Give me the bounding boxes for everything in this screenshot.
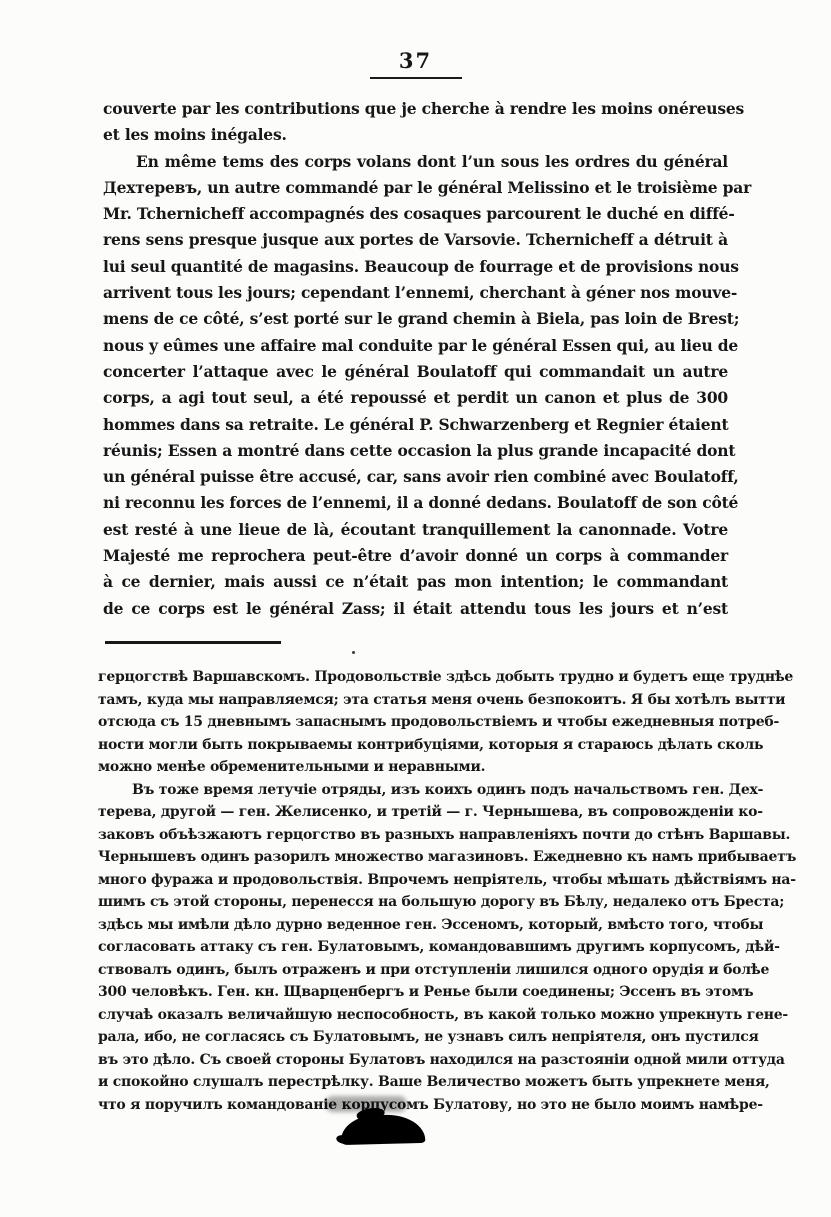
ink-speck [352, 651, 355, 654]
main-text-block: couverte par les contributions que je ch… [103, 96, 728, 622]
text-line: и спокойно слушалъ перестрѣлку. Ваше Вел… [98, 1071, 728, 1094]
text-line: герцогствѣ Варшавскомъ. Продовольствіе з… [98, 666, 728, 689]
text-line: въ это дѣло. Съ своей стороны Булатовъ н… [98, 1049, 728, 1072]
text-line: Дехтеревъ, un autre commandé par le géné… [103, 175, 728, 201]
text-line: un général puisse être accusé, car, sans… [103, 464, 728, 490]
text-line: Въ тоже время летучіе отряды, изъ коихъ … [98, 779, 728, 802]
book-page: 37 couverte par les contributions que je… [0, 0, 831, 1217]
text-line: Mr. Tchernicheff accompagnés des cosaque… [103, 201, 728, 227]
text-line: случаѣ оказалъ величайшую неспособность,… [98, 1004, 728, 1027]
text-line: Чернышевъ одинъ разорилъ множество магаз… [98, 846, 728, 869]
text-line: mens de ce côté, s’est porté sur le gran… [103, 306, 728, 332]
text-line: рала, ибо, не согласясь съ Булатовымъ, н… [98, 1026, 728, 1049]
text-line: шимъ съ этой стороны, перенесся на больш… [98, 891, 728, 914]
text-line: ствовалъ одинъ, былъ отраженъ и при отст… [98, 959, 728, 982]
text-line: est resté à une lieue de là, écoutant tr… [103, 517, 728, 543]
text-line: здѣсь мы имѣли дѣло дурно веденное ген. … [98, 914, 728, 937]
text-line: Majesté me reprochera peut-être d’avoir … [103, 543, 728, 569]
page-number: 37 [0, 49, 831, 73]
text-line: отсюда съ 15 дневнымъ запаснымъ продовол… [98, 711, 728, 734]
footnote-text-block: герцогствѣ Варшавскомъ. Продовольствіе з… [98, 666, 728, 1116]
ink-blot [341, 1114, 426, 1145]
text-line: ni reconnu les forces de l’ennemi, il a … [103, 490, 728, 516]
text-line: что я поручилъ командованіе корпусомъ Бу… [98, 1094, 728, 1117]
text-line: тамъ, куда мы направляемся; эта статья м… [98, 689, 728, 712]
text-line: много фуража и продовольствія. Впрочемъ … [98, 869, 728, 892]
text-line: 300 человѣкъ. Ген. кн. Щварценбергъ и Ре… [98, 981, 728, 1004]
text-line: nous y eûmes une affaire mal conduite pa… [103, 333, 728, 359]
text-line: терева, другой — ген. Желисенко, и треті… [98, 801, 728, 824]
text-line: à ce dernier, mais aussi ce n’était pas … [103, 569, 728, 595]
text-line: ности могли быть покрываемы контрибуціям… [98, 734, 728, 757]
text-line: et les moins inégales. [103, 122, 728, 148]
text-line: de ce corps est le général Zass; il étai… [103, 596, 728, 622]
footnote-separator [105, 641, 281, 644]
text-line: rens sens presque jusque aux portes de V… [103, 227, 728, 253]
text-line: concerter l’attaque avec le général Boul… [103, 359, 728, 385]
page-header: 37 [0, 49, 831, 79]
text-line: couverte par les contributions que je ch… [103, 96, 728, 122]
text-line: заковъ объѣзжаютъ герцогство въ разныхъ … [98, 824, 728, 847]
text-line: arrivent tous les jours; cependant l’enn… [103, 280, 728, 306]
page-number-underline [370, 77, 462, 79]
text-line: corps, a agi tout seul, a été repoussé e… [103, 385, 728, 411]
text-line: hommes dans sa retraite. Le général P. S… [103, 412, 728, 438]
text-line: lui seul quantité de magasins. Beaucoup … [103, 254, 728, 280]
text-line: можно менѣе обременительными и неравными… [98, 756, 728, 779]
text-line: En même tems des corps volans dont l’un … [103, 149, 728, 175]
text-line: réunis; Essen a montré dans cette occasi… [103, 438, 728, 464]
text-line: согласовать аттаку съ ген. Булатовымъ, к… [98, 936, 728, 959]
